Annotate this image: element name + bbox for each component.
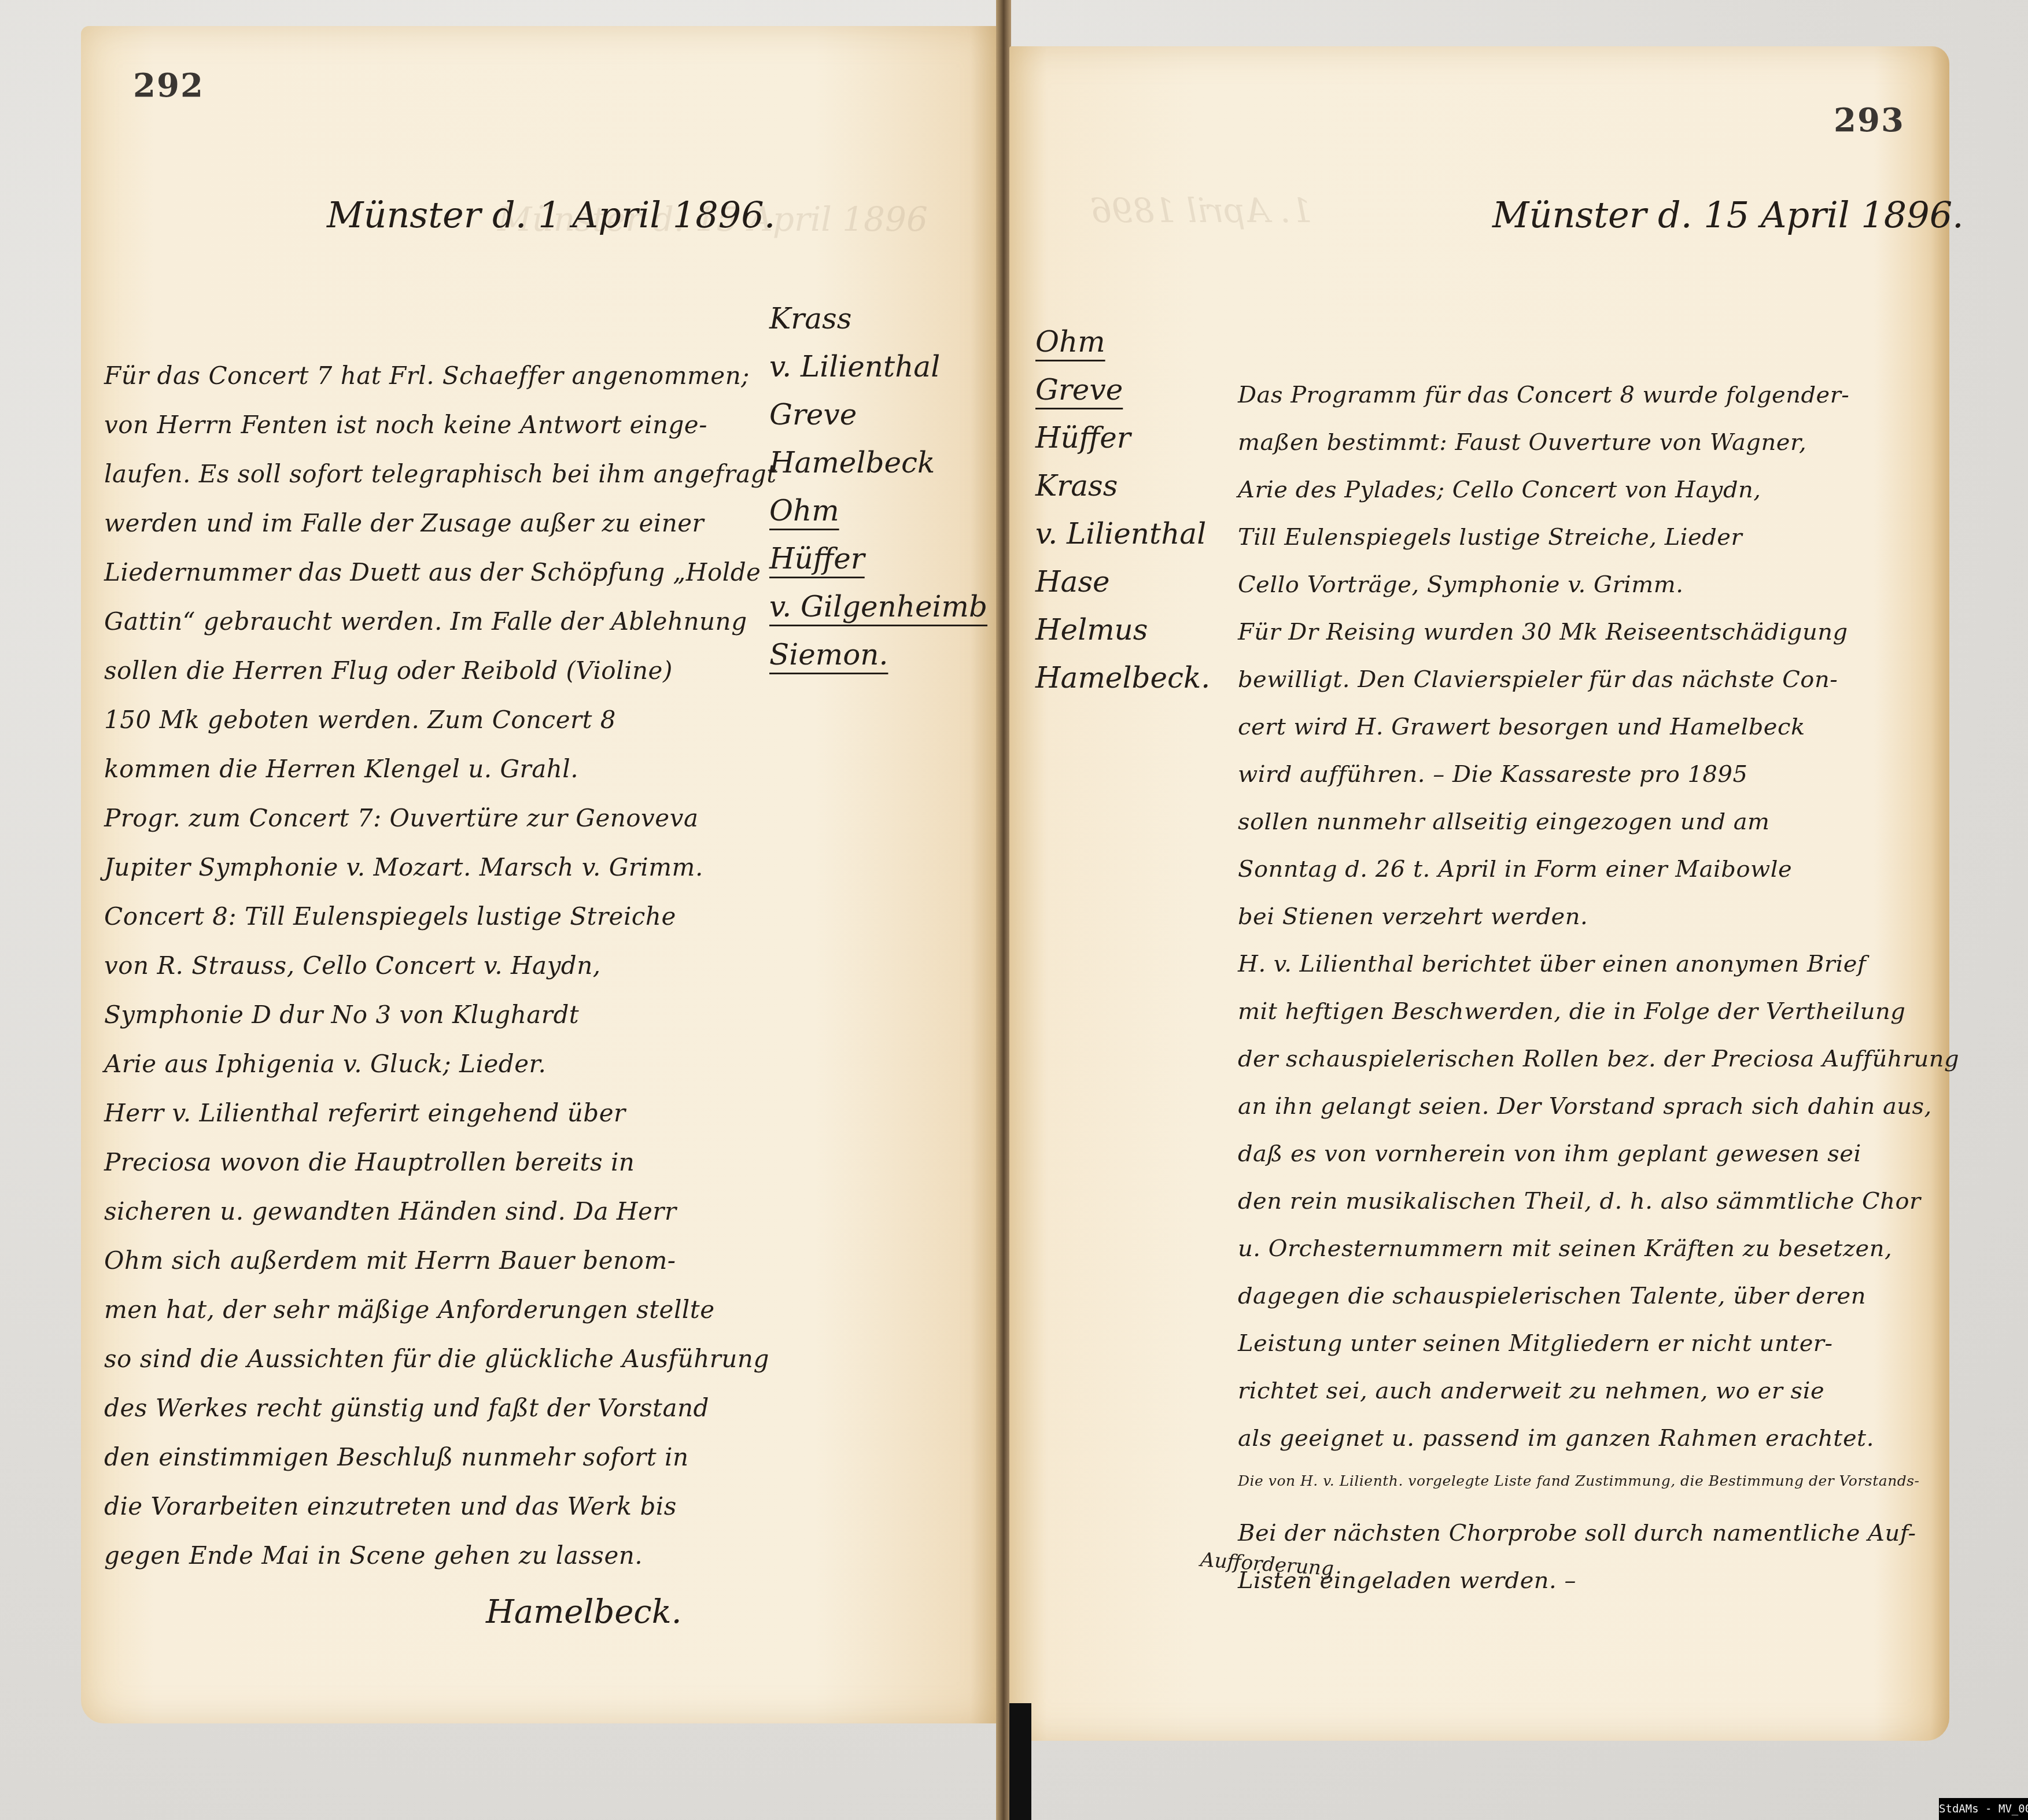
handwritten-line: Symphonie D dur No 3 von Klughardt: [104, 1001, 579, 1029]
handwritten-line: Jupiter Symphonie v. Mozart. Marsch v. G…: [104, 853, 703, 881]
handwritten-line: den einstimmigen Beschluß nunmehr sofort…: [104, 1443, 689, 1471]
handwritten-line: gegen Ende Mai in Scene gehen zu lassen.: [104, 1541, 643, 1570]
handwritten-line: von R. Strauss, Cello Concert v. Haydn,: [104, 951, 601, 980]
handwritten-line: Sonntag d. 26 t. April in Form einer Mai…: [1238, 856, 1792, 883]
attendee-name: Hase: [1035, 558, 1210, 606]
handwritten-line: cert wird H. Grawert besorgen und Hamelb…: [1238, 714, 1805, 740]
ink-bleed-through: 1. April 1896: [1090, 191, 1312, 230]
handwritten-line: kommen die Herren Klengel u. Grahl.: [104, 755, 578, 783]
handwritten-line: Für Dr Reising wurden 30 Mk Reiseentschä…: [1238, 619, 1848, 645]
handwritten-line: u. Orchesternummern mit seinen Kräften z…: [1238, 1235, 1892, 1262]
attendee-name: v. Lilienthal: [1035, 510, 1210, 558]
handwritten-line: H. v. Lilienthal berichtet über einen an…: [1238, 951, 1866, 977]
handwritten-line: men hat, der sehr mäßige Anforderungen s…: [104, 1295, 715, 1324]
attendee-name: Greve: [769, 391, 987, 439]
handwritten-line: maßen bestimmt: Faust Ouverture von Wagn…: [1238, 429, 1806, 456]
handwritten-line: 150 Mk geboten werden. Zum Concert 8: [104, 706, 616, 734]
attendee-name: Krass: [1035, 462, 1210, 510]
handwritten-line: bei Stienen verzehrt werden.: [1238, 903, 1588, 930]
handwritten-line: Till Eulenspiegels lustige Streiche, Lie…: [1238, 524, 1742, 551]
left-page: Münster d. 15 April 1896 292 Münster d. …: [81, 26, 998, 1723]
attendee-name: v. Gilgenheimb: [769, 583, 987, 631]
handwritten-line: von Herrn Fenten ist noch keine Antwort …: [104, 411, 707, 439]
margin-note: Aufforderung: [1200, 1548, 1334, 1581]
handwritten-line: Concert 8: Till Eulenspiegels lustige St…: [104, 902, 676, 931]
handwritten-line: Herr v. Lilienthal referirt eingehend üb…: [104, 1099, 626, 1127]
handwritten-line: wird aufführen. – Die Kassareste pro 189…: [1238, 761, 1747, 788]
date-heading: Münster d. 15 April 1896.: [1492, 194, 1964, 236]
handwritten-line: des Werkes recht günstig und faßt der Vo…: [104, 1394, 709, 1422]
attendee-name: Greve: [1035, 366, 1210, 414]
date-heading: Münster d. 1 April 1896.: [327, 194, 775, 236]
handwritten-line: Cello Vorträge, Symphonie v. Grimm.: [1238, 571, 1683, 598]
handwritten-line: bewilligt. Den Clavierspieler für das nä…: [1238, 666, 1838, 693]
attendee-name: Hüffer: [1035, 414, 1210, 462]
handwritten-line: werden und im Falle der Zusage außer zu …: [104, 509, 704, 537]
handwritten-line: Arie aus Iphigenia v. Gluck; Lieder.: [104, 1050, 546, 1078]
attendee-name: Krass: [769, 295, 987, 343]
right-page: 1. April 1896 293 Münster d. 15 April 18…: [1009, 46, 1949, 1741]
handwritten-line: sollen nunmehr allseitig eingezogen und …: [1238, 809, 1769, 835]
handwritten-line: Gattin“ gebraucht werden. Im Falle der A…: [104, 607, 747, 636]
handwritten-line: mit heftigen Beschwerden, die in Folge d…: [1238, 998, 1905, 1025]
handwritten-line: Das Programm für das Concert 8 wurde fol…: [1238, 382, 1849, 408]
handwritten-line: Die von H. v. Lilienth. vorgelegte Liste…: [1238, 1472, 1920, 1489]
handwritten-line: laufen. Es soll sofort telegraphisch bei…: [104, 460, 777, 488]
attendee-name: Hamelbeck.: [1035, 654, 1210, 702]
handwritten-line: als geeignet u. passend im ganzen Rahmen…: [1238, 1425, 1874, 1452]
page-number: 292: [133, 67, 204, 105]
handwritten-line: Bei der nächsten Chorprobe soll durch na…: [1238, 1520, 1916, 1546]
handwritten-line: Leistung unter seinen Mitgliedern er nic…: [1238, 1330, 1832, 1357]
handwritten-line: richtet sei, auch anderweit zu nehmen, w…: [1238, 1378, 1824, 1404]
handwritten-line: Preciosa wovon die Hauptrollen bereits i…: [104, 1148, 635, 1176]
handwritten-line: sicheren u. gewandten Händen sind. Da He…: [104, 1197, 676, 1225]
archive-label: StdAMs - MV_004_466: [1939, 1798, 2028, 1820]
handwritten-line: dagegen die schauspielerischen Talente, …: [1238, 1283, 1866, 1309]
attendee-name: Ohm: [769, 487, 987, 535]
attendee-list: OhmGreveHüfferKrassv. LilienthalHaseHelm…: [1035, 318, 1210, 702]
handwritten-line: an ihn gelangt seien. Der Vorstand sprac…: [1238, 1093, 1932, 1120]
handwritten-line: die Vorarbeiten einzutreten und das Werk…: [104, 1492, 677, 1520]
handwritten-line: den rein musikalischen Theil, d. h. also…: [1238, 1188, 1921, 1214]
attendee-name: Siemon.: [769, 631, 987, 679]
attendee-name: Helmus: [1035, 606, 1210, 654]
handwritten-line: der schauspielerischen Rollen bez. der P…: [1238, 1046, 1959, 1072]
page-number: 293: [1834, 101, 1905, 139]
attendee-name: v. Lilienthal: [769, 343, 987, 391]
handwritten-line: Arie des Pylades; Cello Concert von Hayd…: [1238, 477, 1761, 503]
bookmark-ribbon: [1009, 1703, 1031, 1820]
handwritten-line: Ohm sich außerdem mit Herrn Bauer benom-: [104, 1246, 676, 1275]
handwritten-line: Liedernummer das Duett aus der Schöpfung…: [104, 558, 761, 586]
attendee-name: Ohm: [1035, 318, 1210, 366]
handwritten-line: Für das Concert 7 hat Frl. Schaeffer ang…: [104, 361, 750, 390]
handwritten-line: sollen die Herren Flug oder Reibold (Vio…: [104, 656, 673, 685]
attendee-name: Hamelbeck: [769, 439, 987, 487]
attendee-name: Hüffer: [769, 535, 987, 583]
handwritten-line: so sind die Aussichten für die glücklich…: [104, 1345, 769, 1373]
attendee-list: Krassv. LilienthalGreveHamelbeckOhmHüffe…: [769, 295, 987, 679]
handwritten-line: daß es von vornherein von ihm geplant ge…: [1238, 1140, 1861, 1167]
signature: Hamelbeck.: [486, 1593, 681, 1631]
handwritten-line: Progr. zum Concert 7: Ouvertüre zur Geno…: [104, 804, 698, 832]
